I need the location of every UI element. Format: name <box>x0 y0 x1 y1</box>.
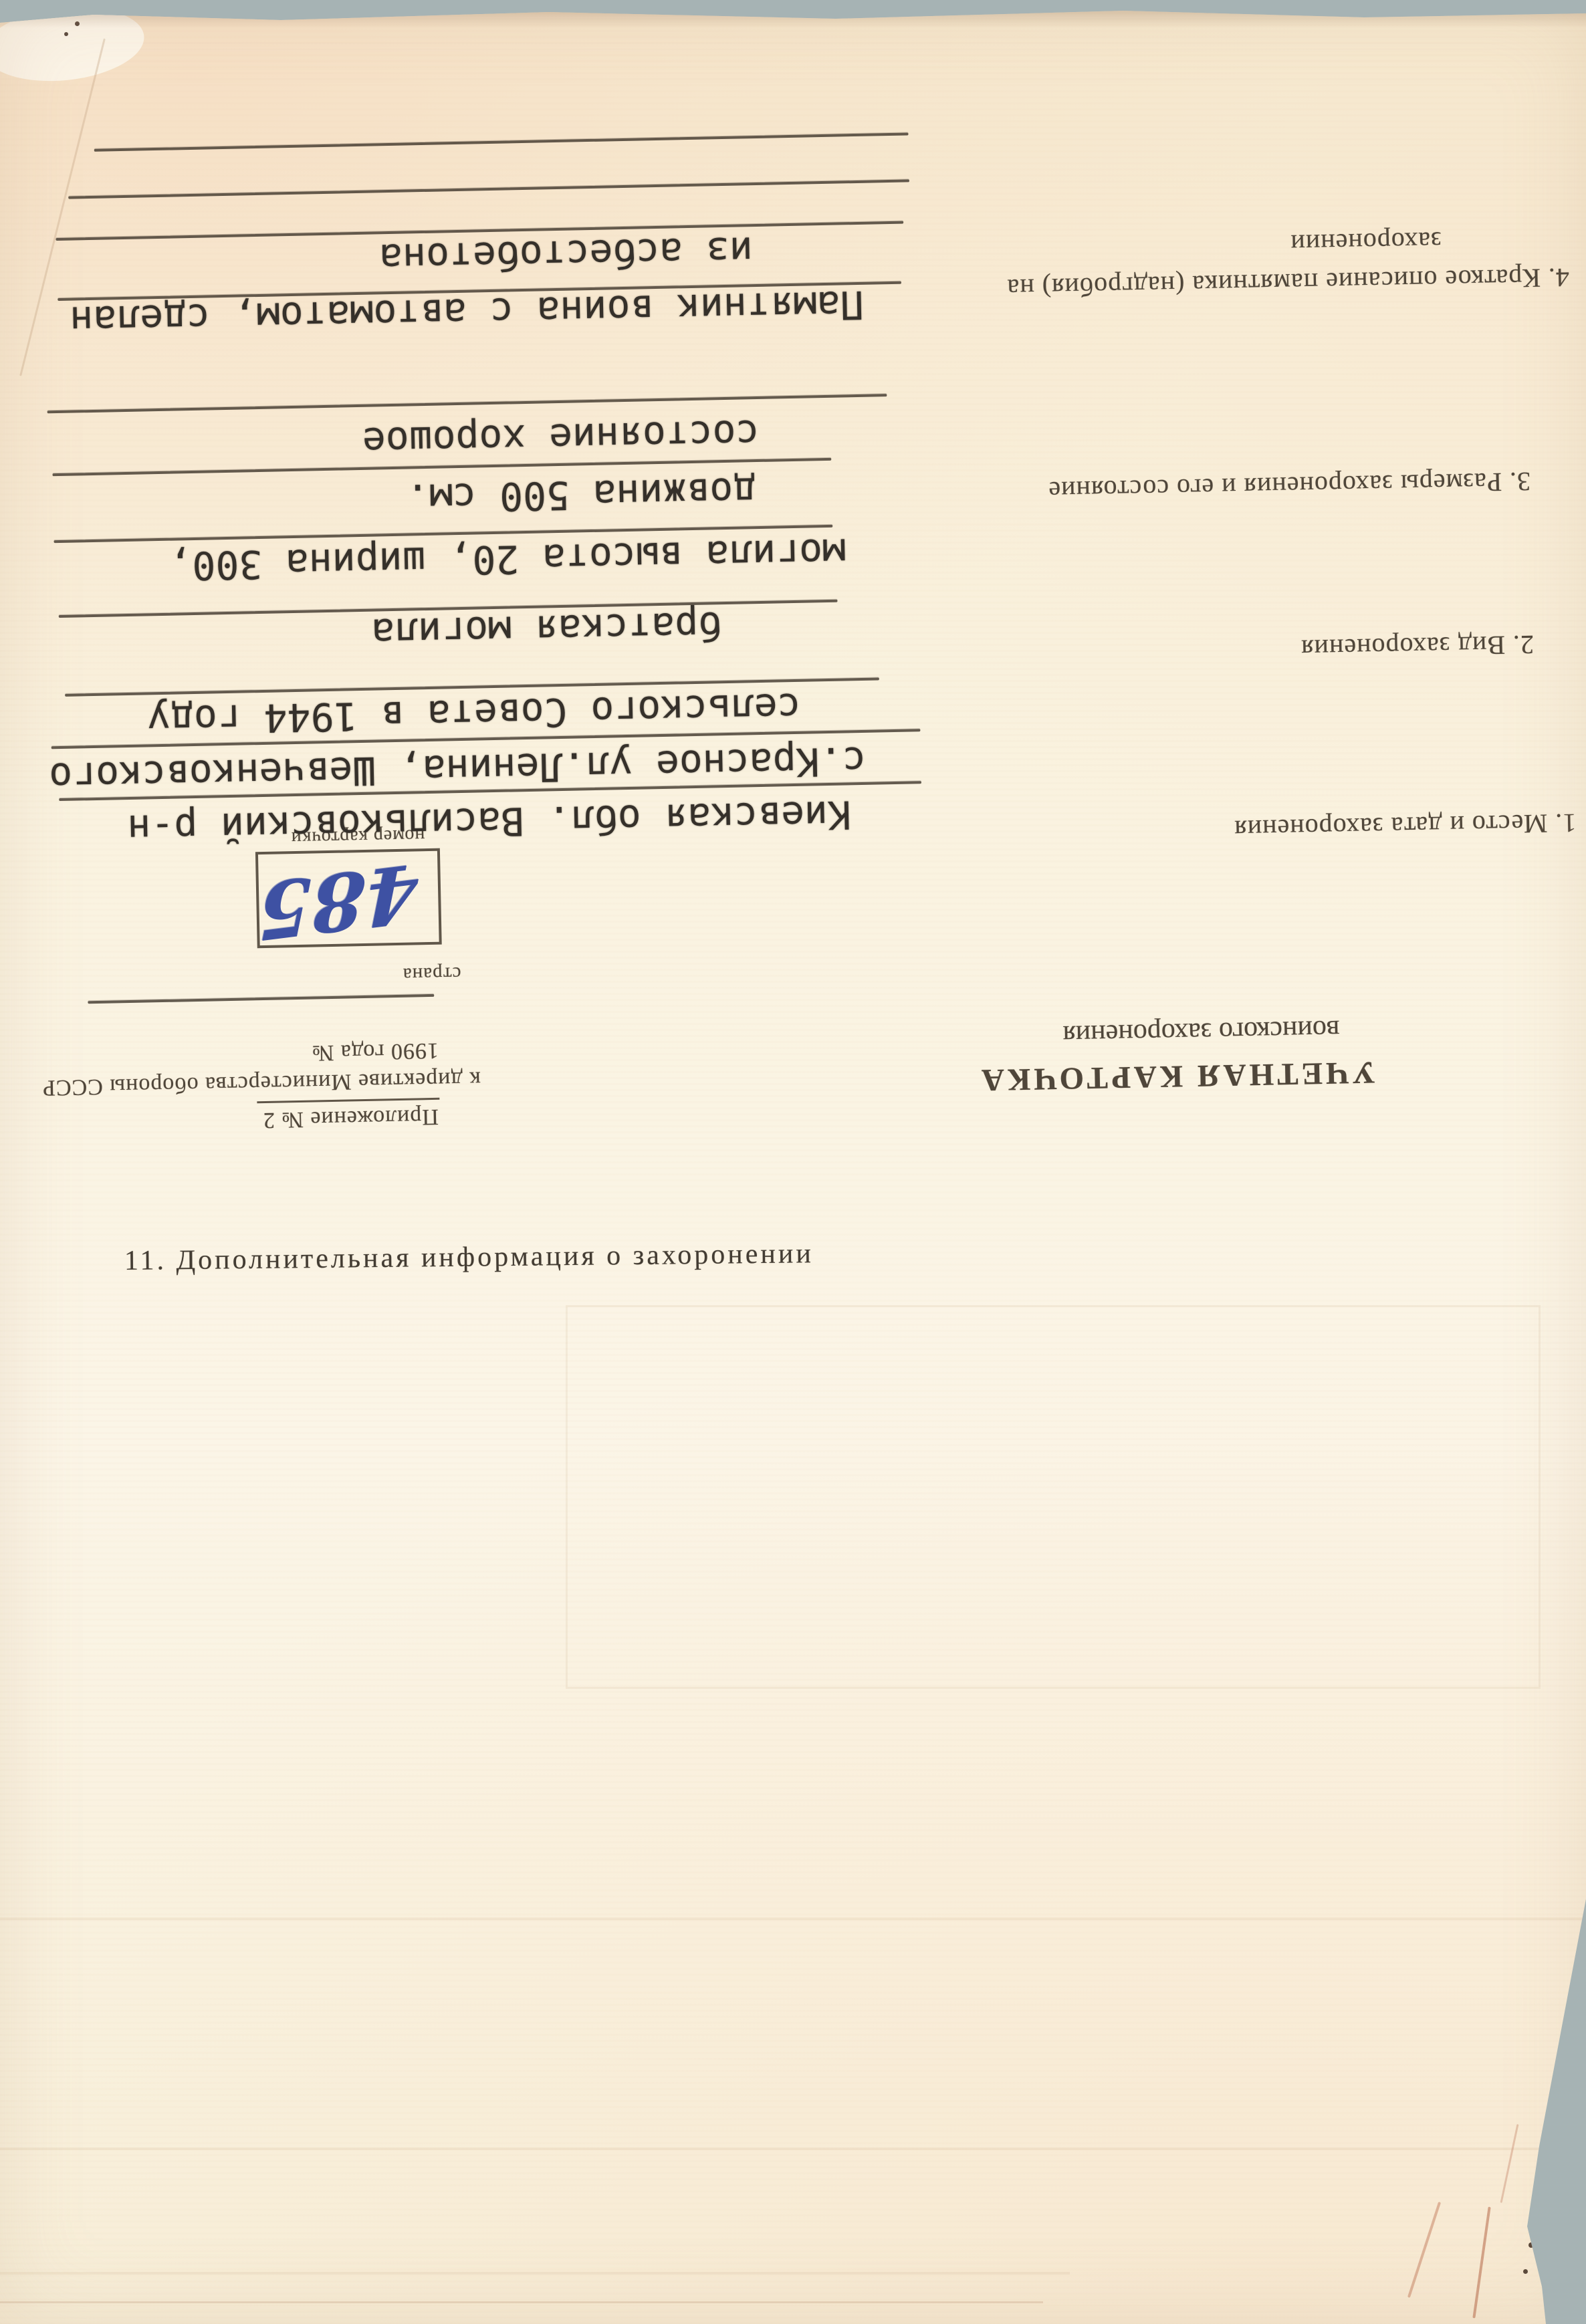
paper-vignette <box>0 0 1586 2324</box>
scanner-background: Приложение № 2 к директиве Министерства … <box>0 0 1586 2324</box>
paper-sheet: Приложение № 2 к директиве Министерства … <box>0 0 1586 2324</box>
ink-speck <box>75 21 80 26</box>
